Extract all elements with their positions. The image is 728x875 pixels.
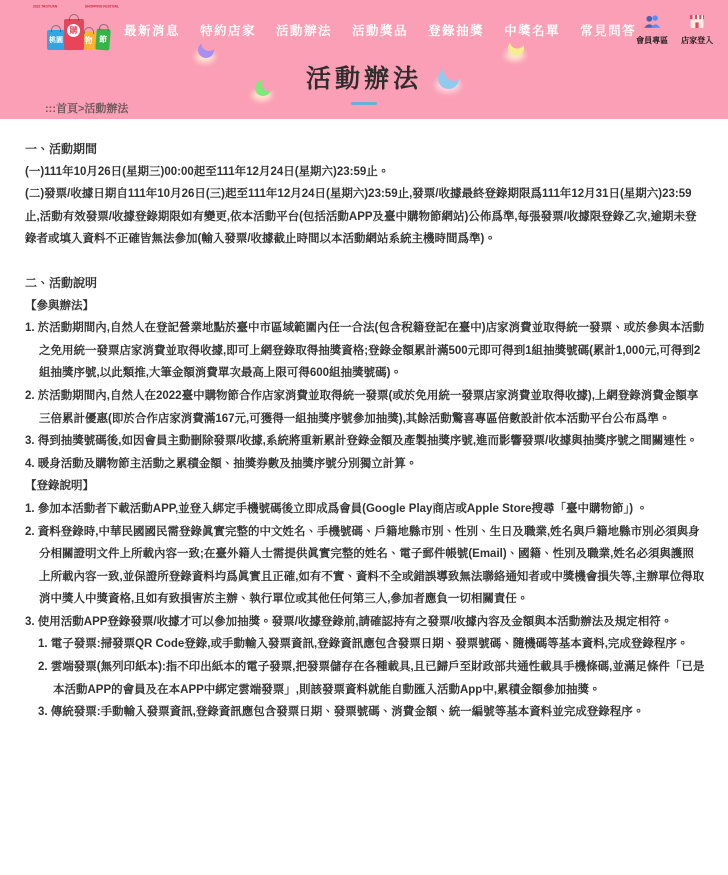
section1-paragraph-1: (一)111年10月26日(星期三)00:00起至111年12月24日(星期六)… xyxy=(25,161,705,184)
participation-item: 4. 暖身活動及購物節主活動之累積金額、抽獎券數及抽獎序號分別獨立計算。 xyxy=(25,453,705,476)
nav-item-register[interactable]: 登錄抽獎 xyxy=(428,21,484,39)
logo-bag-yellow-label: 物 xyxy=(85,35,93,46)
header-right: 會員專區 店家登入 xyxy=(636,14,713,46)
registration-item: 3. 使用活動APP登錄發票/收據才可以參加抽獎。發票/收據登錄前,請確認持有之… xyxy=(25,611,705,634)
title-underline xyxy=(351,102,377,105)
section1-paragraph-2: (二)發票/收據日期自111年10月26日(三)起至111年12月24日(星期六… xyxy=(25,183,705,251)
store-login-label: 店家登入 xyxy=(681,35,713,46)
section2: 二、活動說明 【參與辦法】 1. 於活動期間內,自然人在登記營業地點於臺中市區域… xyxy=(25,272,705,724)
registration-heading: 【登錄說明】 xyxy=(25,475,705,498)
logo-bag-red-label: 購 xyxy=(67,24,80,37)
participation-item: 1. 於活動期間內,自然人在登記營業地點於臺中市區域範圍內任一合法(包含稅籍登記… xyxy=(25,317,705,385)
logo-bag-blue-label: 桃園 xyxy=(49,35,63,45)
registration-item: 2. 資料登錄時,中華民國國民需登錄眞實完整的中文姓名、手機號碼、戶籍地縣市別、… xyxy=(25,521,705,611)
logo-year-text: 2022 TAOYUAN xyxy=(33,6,57,9)
section2-heading: 二、活動說明 xyxy=(25,272,705,295)
registration-subitem: 1. 電子發票:掃發票QR Code登錄,或手動輸入發票資訊,登錄資訊應包含發票… xyxy=(38,633,705,656)
member-icon xyxy=(643,14,661,34)
registration-subitem: 2. 雲端發票(無列印紙本):指不印出紙本的電子發票,把發票儲存在各種載具,且已… xyxy=(38,656,705,701)
logo-bag-red: 購 xyxy=(64,19,84,50)
logo-bag-yellow: 物 xyxy=(82,32,96,50)
site-logo[interactable]: 2022 TAOYUAN SHOPPING FESTIVAL 桃園 購 物 節 xyxy=(45,6,111,54)
confetti-yellow-icon xyxy=(508,40,524,56)
main-content: 一、活動期間 (一)111年10月26日(星期三)00:00起至111年12月2… xyxy=(0,119,728,724)
member-area-button[interactable]: 會員專區 xyxy=(636,14,668,46)
logo-bag-blue: 桃園 xyxy=(47,30,66,50)
breadcrumb[interactable]: :::首頁>活動辦法 xyxy=(45,100,128,116)
nav-item-news[interactable]: 最新消息 xyxy=(124,21,180,39)
nav-item-faq[interactable]: 常見問答 xyxy=(580,21,636,39)
section1-heading: 一、活動期間 xyxy=(25,138,705,161)
participation-item: 2. 於活動期間內,自然人在2022臺中購物節合作店家消費並取得統一發票(或於免… xyxy=(25,385,705,430)
logo-top-text: 2022 TAOYUAN SHOPPING FESTIVAL xyxy=(45,6,111,11)
banner: 2022 TAOYUAN SHOPPING FESTIVAL 桃園 購 物 節 … xyxy=(0,0,728,119)
header: 2022 TAOYUAN SHOPPING FESTIVAL 桃園 購 物 節 … xyxy=(0,0,728,54)
participation-heading: 【參與辦法】 xyxy=(25,295,705,318)
nav-item-prizes[interactable]: 活動獎品 xyxy=(352,21,408,39)
member-area-label: 會員專區 xyxy=(636,35,668,46)
logo-bag-green: 節 xyxy=(95,28,110,50)
page-title-block: 活動辦法 xyxy=(0,59,728,105)
logo-bags: 桃園 購 物 節 xyxy=(45,12,111,50)
logo-festival-text: SHOPPING FESTIVAL xyxy=(85,6,119,9)
registration-item: 1. 參加本活動者下載活動APP,並登入綁定手機號碼後立即成爲會員(Google… xyxy=(25,498,705,521)
confetti-purple-icon xyxy=(198,42,214,58)
main-nav: 最新消息 特約店家 活動辦法 活動獎品 登錄抽獎 中獎名單 常見問答 xyxy=(124,21,636,39)
logo-bag-green-label: 節 xyxy=(98,33,107,45)
store-login-button[interactable]: 店家登入 xyxy=(681,14,713,46)
registration-subitem: 3. 傳統發票:手動輸入發票資訊,登錄資訊應包含發票日期、發票號碼、消費金額、統… xyxy=(38,701,705,724)
nav-item-rules[interactable]: 活動辦法 xyxy=(276,21,332,39)
storefront-icon xyxy=(689,14,705,34)
page-title: 活動辦法 xyxy=(0,59,728,95)
participation-item: 3. 得到抽獎號碼後,如因會員主動刪除發票/收據,系統將重新累計登錄金額及產製抽… xyxy=(25,430,705,453)
